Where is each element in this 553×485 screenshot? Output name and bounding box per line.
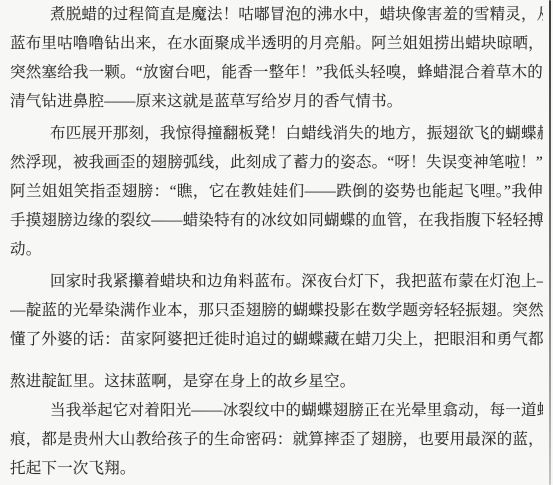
- text-line: 突然塞给我一颗。“放窗台吧，能香一整年！”我低头轻嗅，蜂蜡混合着草木的: [10, 58, 543, 87]
- text-line: —靛蓝的光晕染满作业本，那只歪翅膀的蝴蝶投影在数学题旁轻轻振翅。突然: [10, 296, 543, 325]
- page-edge-line: [549, 0, 551, 485]
- text-line: 回家时我紧攥着蜡块和边角料蓝布。深夜台灯下，我把蓝布蒙在灯泡上—: [10, 267, 543, 296]
- text-line: 托起下一次飞翔。: [10, 454, 543, 483]
- text-line: 布匹展开那刻，我惊得撞翻板凳！白蜡线消失的地方，振翅欲飞的蝴蝶赫: [10, 119, 543, 148]
- text-line: 懂了外婆的话：苗家阿婆把迁徙时追过的蝴蝶藏在蜡刀尖上，把眼泪和勇气都: [10, 325, 543, 354]
- text-line: 阿兰姐姐笑指歪翅膀：“瞧，它在教娃娃们——跌倒的姿势也能起飞哩。”我伸: [10, 177, 543, 206]
- text-line: 动。: [10, 235, 543, 264]
- text-line: 煮脱蜡的过程简直是魔法！咕嘟冒泡的沸水中，蜡块像害羞的雪精灵，从: [10, 0, 543, 29]
- text-line: 手摸翅膀边缘的裂纹——蜡染特有的冰纹如同蝴蝶的血管，在我指腹下轻轻搏: [10, 206, 543, 235]
- text-line: 当我举起它对着阳光——冰裂纹中的蝴蝶翅膀正在光晕里翕动，每一道蜡: [10, 396, 543, 425]
- text-line: 痕，都是贵州大山教给孩子的生命密码：就算摔歪了翅膀，也要用最深的蓝，: [10, 425, 543, 454]
- text-line: 清气钻进鼻腔——原来这就是蓝草写给岁月的香气情书。: [10, 87, 543, 116]
- text-line: 蓝布里咕噜噜钻出来，在水面聚成半透明的月亮船。阿兰姐姐捞出蜡块晾晒，: [10, 29, 543, 58]
- text-line: 然浮现，被我画歪的翅膀弧线，此刻成了蓄力的姿态。“呀！失误变神笔啦！”: [10, 148, 543, 177]
- text-line: 熬进靛缸里。这抹蓝啊，是穿在身上的故乡星空。: [10, 367, 543, 396]
- document-page: 煮脱蜡的过程简直是魔法！咕嘟冒泡的沸水中，蜡块像害羞的雪精灵，从 蓝布里咕噜噜钻…: [10, 0, 543, 485]
